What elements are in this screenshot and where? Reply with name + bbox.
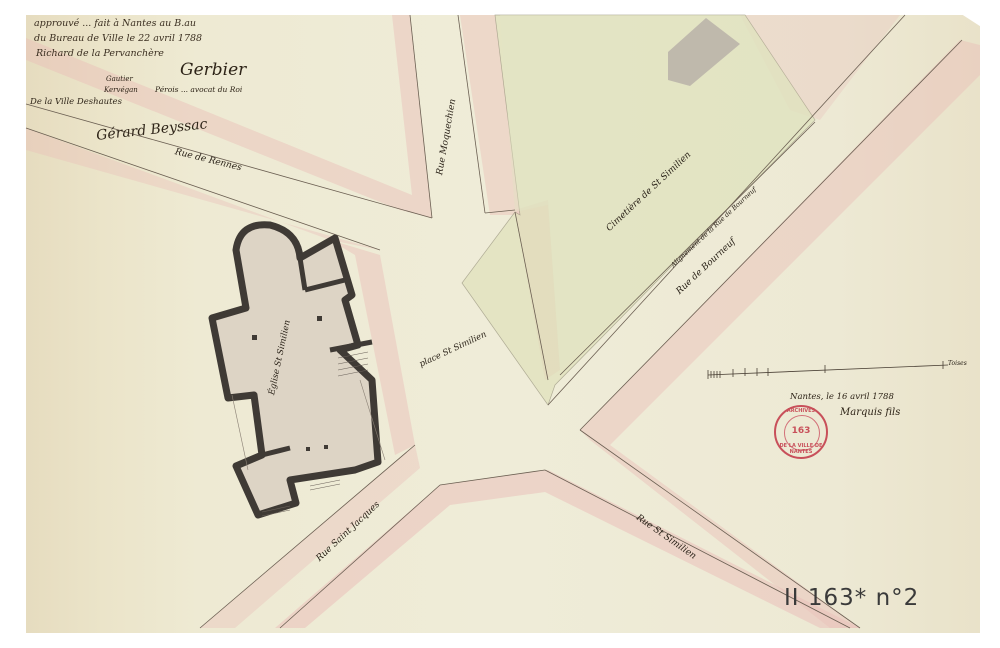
stamp-top-text: ARCHIVES xyxy=(776,408,826,414)
map-drawing xyxy=(0,0,1000,648)
archive-stamp: ARCHIVES 163 DE LA VILLE DE NANTES xyxy=(774,405,828,459)
stamp-bottom-text: DE LA VILLE DE NANTES xyxy=(776,443,826,455)
approval-note-line-3: Richard de la Pervanchère xyxy=(36,48,164,59)
scale-unit-label: Toises xyxy=(948,360,967,367)
signature-gerbier: Gerbier xyxy=(180,60,246,80)
attestation-date: Nantes, le 16 avril 1788 xyxy=(790,392,894,402)
signature-avocat-du-roi: Pérois ... avocat du Roi xyxy=(155,85,242,94)
scale-bar xyxy=(708,361,948,379)
attestation-signature: Marquis fils xyxy=(840,407,900,418)
approval-note-line-2: du Bureau de Ville le 22 avril 1788 xyxy=(34,33,202,44)
approval-note-line-1: approuvé ... fait à Nantes au B.au xyxy=(34,18,196,29)
signature-kervegan: Kervégan xyxy=(104,86,138,94)
signature-gautier: Gautier xyxy=(106,75,133,83)
stamp-number: 163 xyxy=(776,426,826,436)
signature-deshautes: De la Ville Deshautes xyxy=(30,97,122,107)
archive-reference: II 163* n°2 xyxy=(784,585,919,611)
